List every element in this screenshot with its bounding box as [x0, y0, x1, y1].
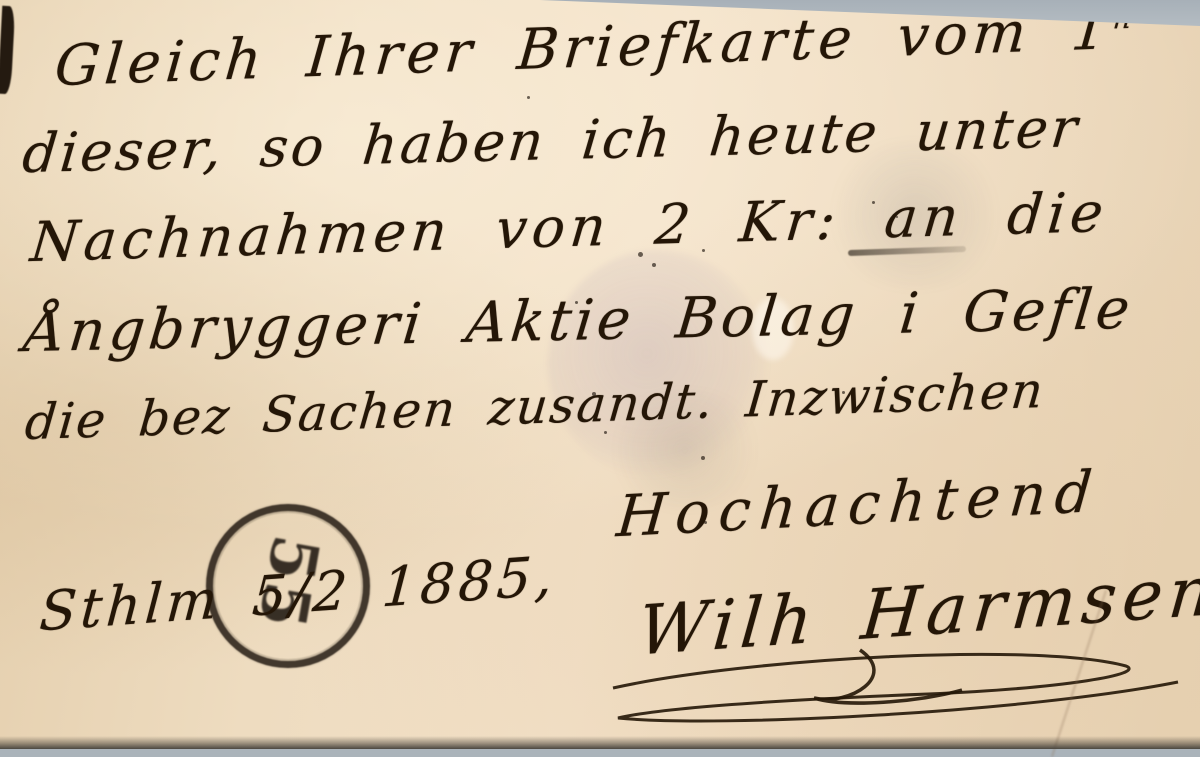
- signature-flourish: [598, 636, 1190, 741]
- closing-salutation: Hochachtend: [614, 459, 1103, 551]
- edge-ink-blob: [0, 6, 15, 95]
- card-bottom-edge-shadow: [0, 736, 1200, 749]
- ink-speck: [701, 456, 705, 460]
- handwritten-line-2: dieser, so haben ich heute unter: [20, 96, 1083, 185]
- postcard-scan: 55 Gleich Ihrer Briefkarte vom 1n dieser…: [0, 0, 1200, 749]
- handwritten-line-4: Ångbryggeri Aktie Bolag i Gefle: [21, 277, 1136, 365]
- ink-speck: [527, 96, 530, 99]
- handwritten-line-3: Nachnahmen von 2 Kr: an die: [28, 180, 1111, 274]
- handwritten-line-5: die bez Sachen zusandt. Inzwischen: [23, 362, 1048, 451]
- ink-speck: [652, 263, 656, 267]
